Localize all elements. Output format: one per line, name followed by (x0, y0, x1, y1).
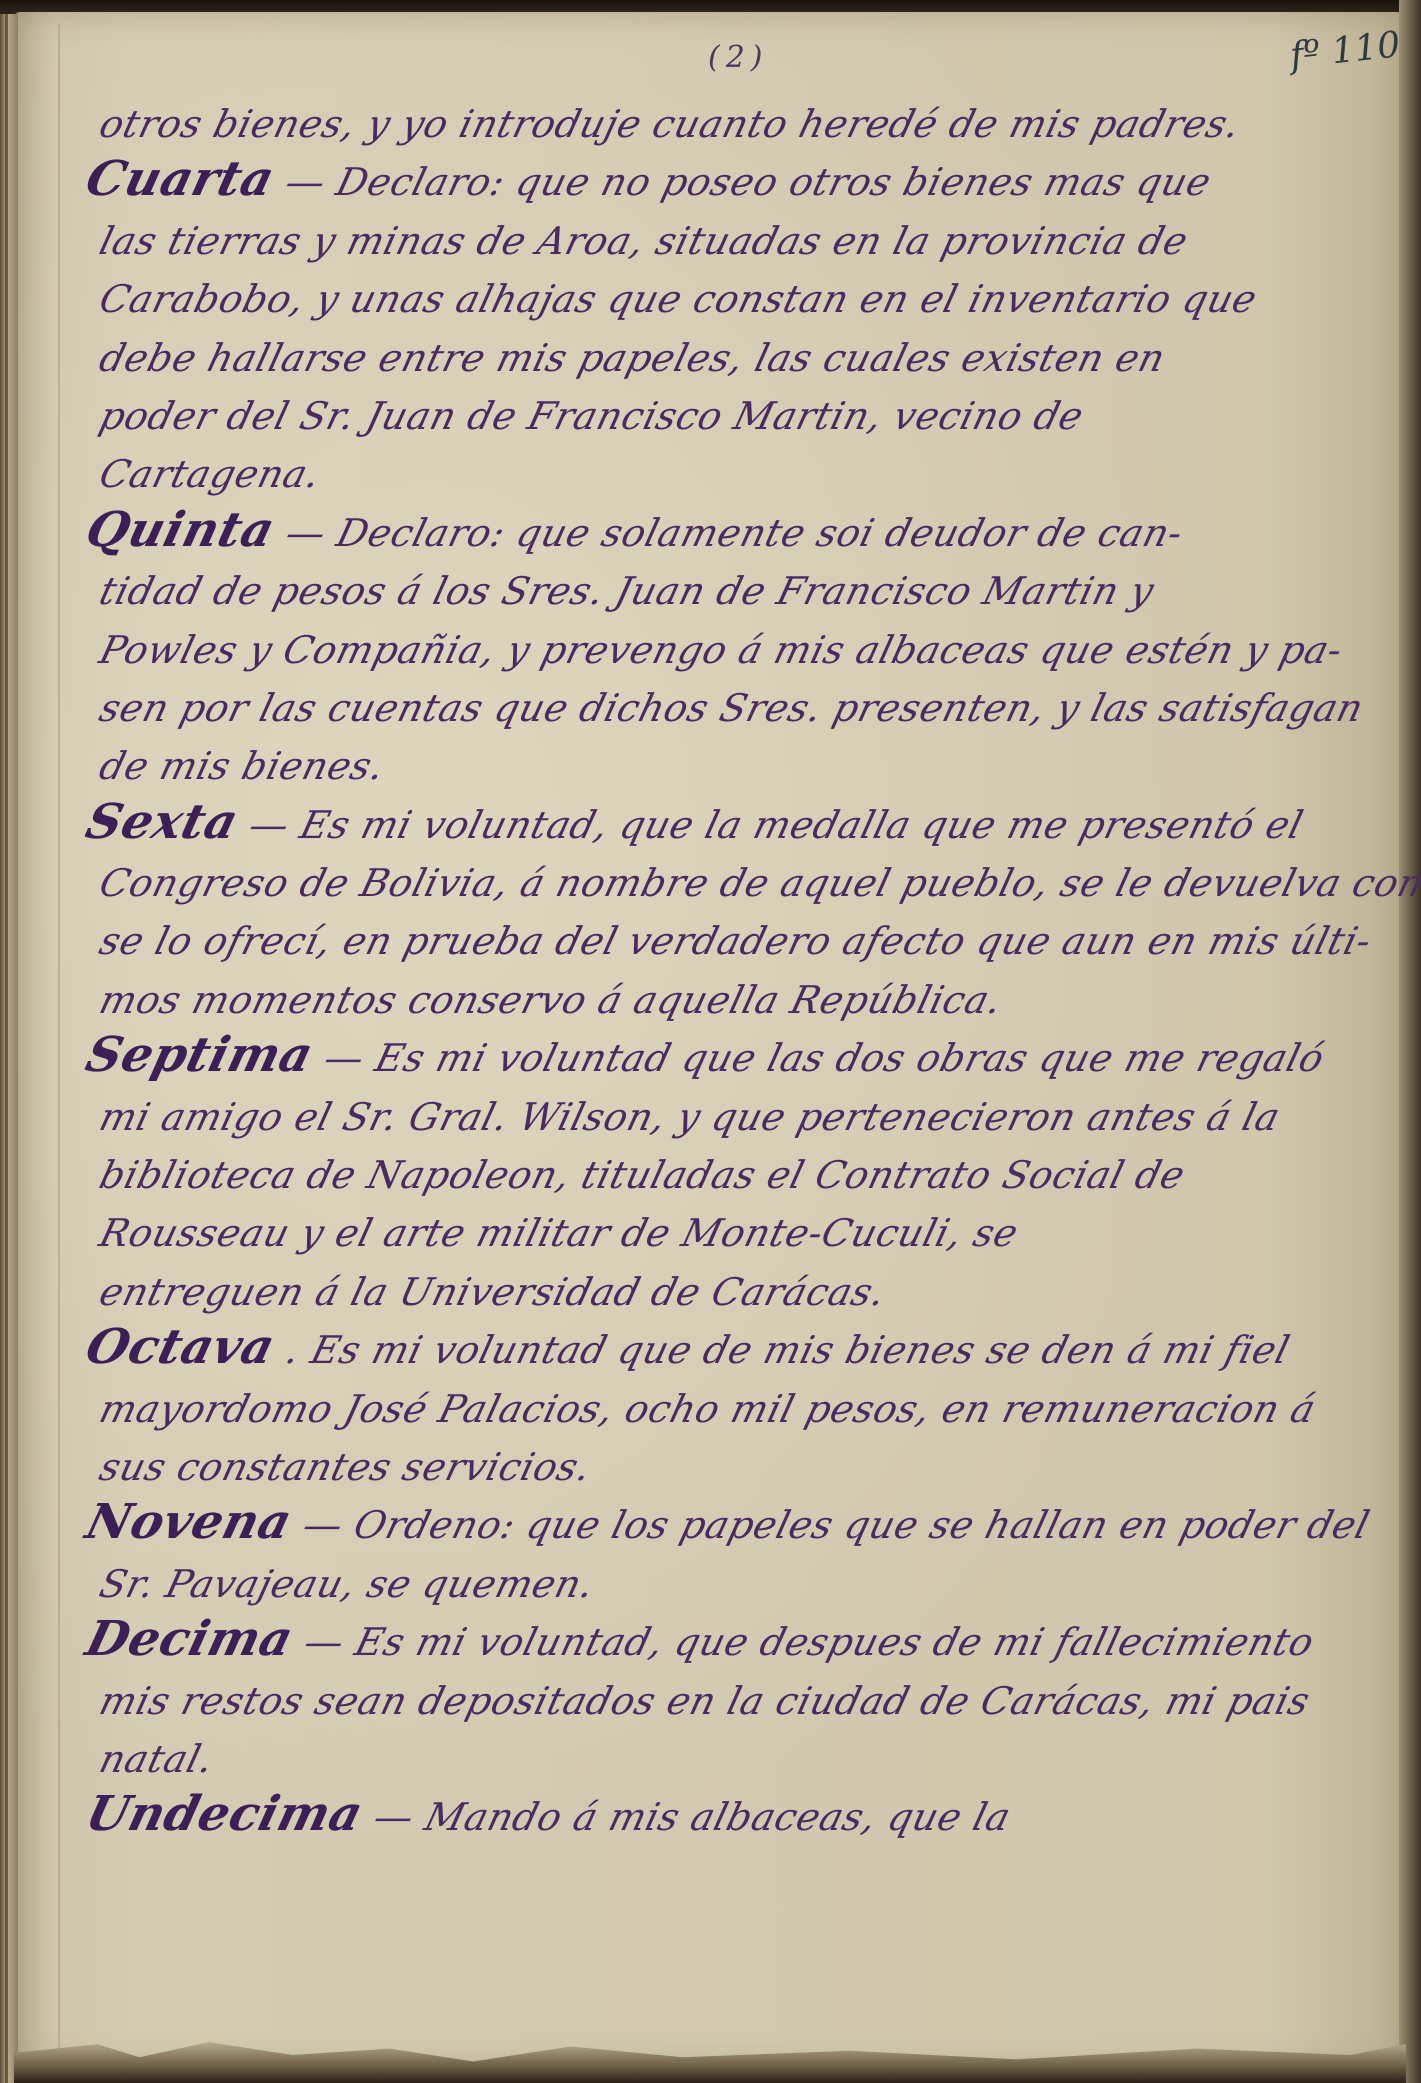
clause-heading (80, 210, 94, 266)
clause-heading-octava: Octava (80, 1319, 280, 1375)
clause-heading (80, 443, 94, 499)
text-line: Decima— Es mi voluntad, que despues de m… (80, 1610, 1415, 1668)
text-line: mayordomo José Palacios, ocho mil pesos,… (80, 1377, 1415, 1435)
line-text: mayordomo José Palacios, ocho mil pesos,… (95, 1387, 1320, 1431)
clause-heading (80, 93, 94, 149)
clause-heading (80, 1261, 94, 1317)
text-line: Carabobo, y unas alhajas que constan en … (80, 267, 1415, 325)
clause-heading (80, 1436, 94, 1492)
text-line: biblioteca de Napoleon, tituladas el Con… (80, 1143, 1415, 1201)
clause-heading (80, 735, 94, 791)
clause-heading-decima: Decima (80, 1611, 298, 1667)
clause-heading (80, 1728, 94, 1784)
text-line: Septima— Es mi voluntad que las dos obra… (80, 1026, 1415, 1084)
text-line: Sr. Pavajeau, se quemen. (80, 1552, 1415, 1610)
text-line: Congreso de Bolivia, á nombre de aquel p… (80, 851, 1415, 909)
text-line: Undecima— Mando á mis albaceas, que la (80, 1785, 1415, 1843)
page-number: (2) (708, 40, 769, 75)
clause-heading (80, 852, 94, 908)
clause-heading (80, 268, 94, 324)
line-text: debe hallarse entre mis papeles, las cua… (95, 336, 1170, 380)
clause-heading (80, 1086, 94, 1142)
clause-heading-undecima: Undecima (80, 1786, 368, 1842)
clause-heading (80, 677, 94, 733)
line-text: Powles y Compañia, y prevengo á mis alba… (95, 628, 1347, 672)
text-line: debe hallarse entre mis papeles, las cua… (80, 326, 1415, 384)
line-text: Carabobo, y unas alhajas que constan en … (95, 277, 1262, 321)
line-text: mi amigo el Sr. Gral. Wilson, y que pert… (95, 1095, 1285, 1139)
line-text: las tierras y minas de Aroa, situadas en… (95, 219, 1192, 263)
text-line: sen por las cuentas que dichos Sres. pre… (80, 676, 1415, 734)
clause-heading (80, 619, 94, 675)
line-text: natal. (95, 1737, 218, 1781)
line-text: — Declaro: que no poseo otros bienes mas… (281, 160, 1216, 204)
text-line: poder del Sr. Juan de Francisco Martin, … (80, 384, 1415, 442)
text-line: se lo ofrecí, en prueba del verdadero af… (80, 909, 1415, 967)
text-line: Octava. Es mi voluntad que de mis bienes… (80, 1318, 1415, 1376)
clause-heading (80, 1202, 94, 1258)
line-text: de mis bienes. (95, 744, 389, 788)
text-line: tidad de pesos á los Sres. Juan de Franc… (80, 559, 1415, 617)
text-line: Cuarta— Declaro: que no poseo otros bien… (80, 150, 1415, 208)
clause-heading-novena: Novena (80, 1494, 297, 1550)
line-text: . Es mi voluntad que de mis bienes se de… (281, 1328, 1294, 1372)
line-text: Rousseau y el arte militar de Monte-Cucu… (95, 1211, 1023, 1255)
text-line: mos momentos conservo á aquella Repúblic… (80, 968, 1415, 1026)
line-text: — Ordeno: que los papeles que se hallan … (298, 1503, 1374, 1547)
text-line: Powles y Compañia, y prevengo á mis alba… (80, 618, 1415, 676)
line-text: se lo ofrecí, en prueba del verdadero af… (95, 919, 1376, 963)
line-text: Cartagena. (95, 452, 325, 496)
line-text: — Es mi voluntad que las dos obras que m… (320, 1036, 1329, 1080)
text-line: mi amigo el Sr. Gral. Wilson, y que pert… (80, 1085, 1415, 1143)
clause-heading (80, 327, 94, 383)
clause-heading (80, 1553, 94, 1609)
line-text: poder del Sr. Juan de Francisco Martin, … (95, 394, 1088, 438)
book-binding (0, 14, 18, 2083)
clause-heading (80, 1670, 94, 1726)
text-line: otros bienes, y yo introduje cuanto here… (80, 92, 1415, 150)
text-line: de mis bienes. (80, 734, 1415, 792)
line-text: Congreso de Bolivia, á nombre de aquel p… (95, 861, 1421, 905)
text-line: Rousseau y el arte militar de Monte-Cucu… (80, 1201, 1415, 1259)
text-line: mis restos sean depositados en la ciudad… (80, 1669, 1415, 1727)
line-text: — Es mi voluntad, que despues de mi fall… (300, 1620, 1319, 1664)
clause-heading-septima: Septima (80, 1027, 319, 1083)
text-line: natal. (80, 1727, 1415, 1785)
page-gutter-line (58, 24, 60, 2064)
line-text: otros bienes, y yo introduje cuanto here… (95, 102, 1245, 146)
text-line: entreguen á la Universidad de Carácas. (80, 1260, 1415, 1318)
text-line: Sexta— Es mi voluntad, que la medalla qu… (80, 793, 1415, 851)
line-text: biblioteca de Napoleon, tituladas el Con… (95, 1153, 1189, 1197)
line-text: — Declaro: que solamente soi deudor de c… (281, 511, 1187, 555)
text-line: las tierras y minas de Aroa, situadas en… (80, 209, 1415, 267)
text-line: Novena— Ordeno: que los papeles que se h… (80, 1493, 1415, 1551)
clause-heading (80, 385, 94, 441)
clause-heading (80, 560, 94, 616)
clause-heading-cuarta: Cuarta (80, 151, 280, 207)
clause-heading (80, 1378, 94, 1434)
clause-heading-sexta: Sexta (80, 794, 244, 850)
clause-heading (80, 910, 94, 966)
line-text: sen por las cuentas que dichos Sres. pre… (95, 686, 1368, 730)
line-text: entreguen á la Universidad de Carácas. (95, 1270, 890, 1314)
line-text: sus constantes servicios. (95, 1445, 596, 1489)
line-text: — Mando á mis albaceas, que la (369, 1795, 1015, 1839)
line-text: tidad de pesos á los Sres. Juan de Franc… (95, 569, 1158, 613)
manuscript-text: otros bienes, y yo introduje cuanto here… (80, 92, 1400, 1844)
line-text: — Es mi voluntad, que la medalla que me … (245, 803, 1308, 847)
clause-heading-quinta: Quinta (80, 502, 280, 558)
text-line: Cartagena. (80, 442, 1415, 500)
line-text: Sr. Pavajeau, se quemen. (95, 1562, 599, 1606)
text-line: Quinta— Declaro: que solamente soi deudo… (80, 501, 1415, 559)
text-line: sus constantes servicios. (80, 1435, 1415, 1493)
clause-heading (80, 969, 94, 1025)
line-text: mos momentos conservo á aquella Repúblic… (95, 978, 1007, 1022)
binding-edge-line (5, 14, 8, 2083)
line-text: mis restos sean depositados en la ciudad… (95, 1679, 1314, 1723)
clause-heading (80, 1144, 94, 1200)
